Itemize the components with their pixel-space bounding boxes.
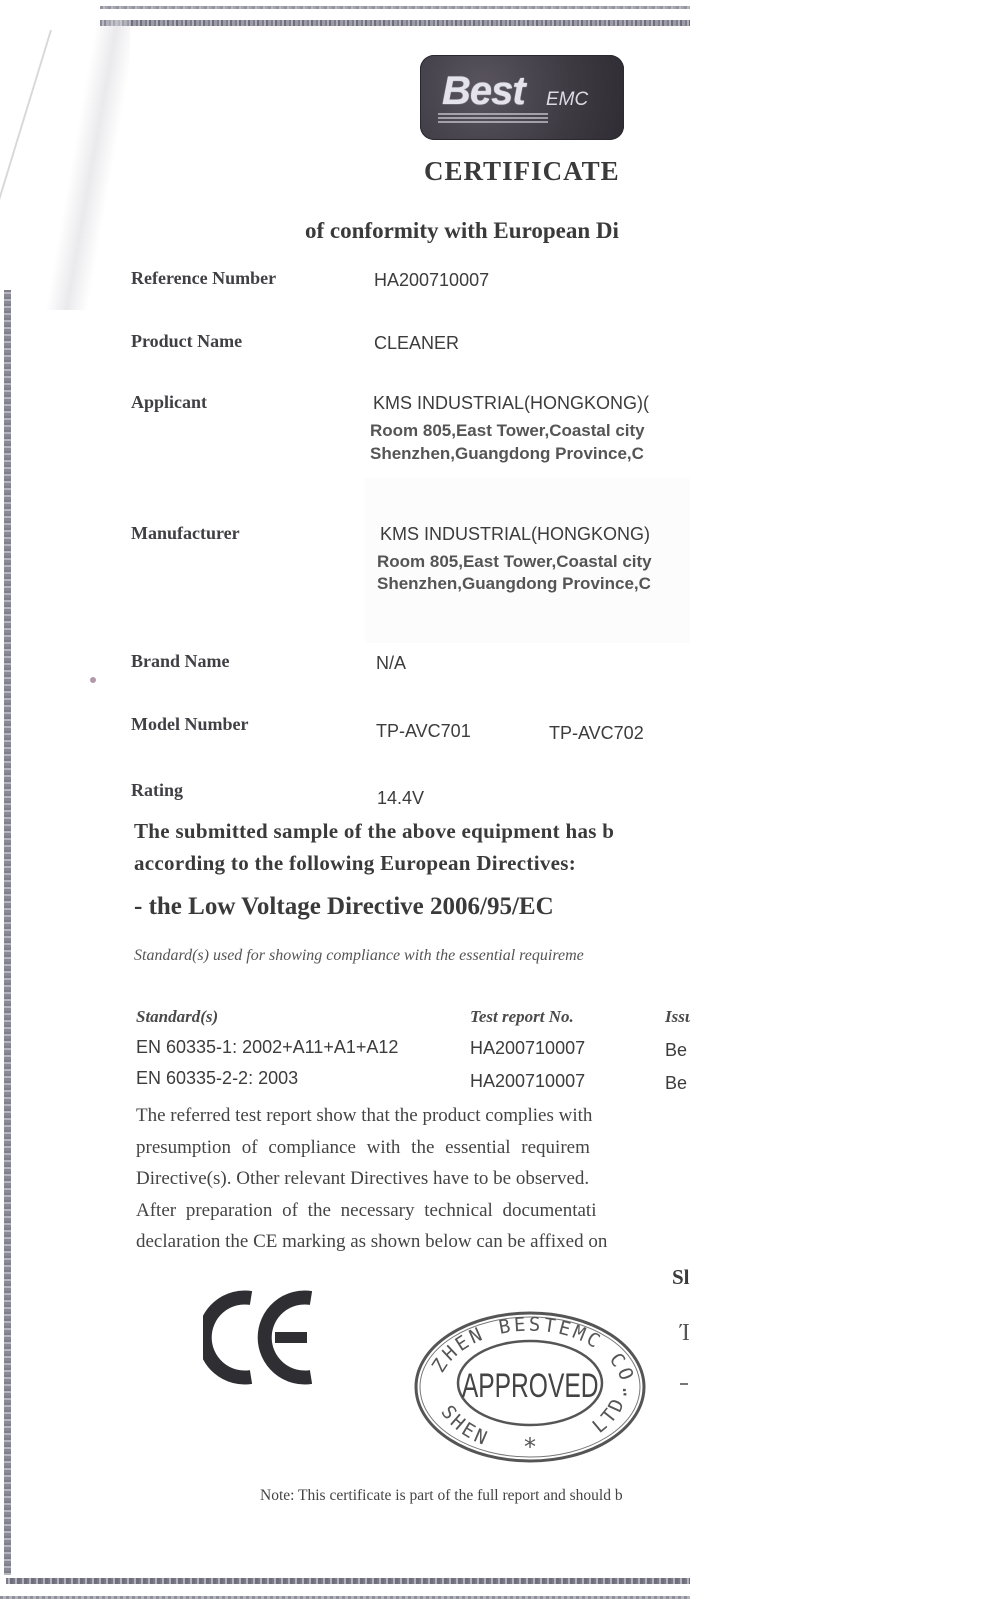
standard-row-1-standard: EN 60335-1: 2002+A11+A1+A12 [136, 1037, 398, 1058]
manufacturer-address-line1: Room 805,East Tower,Coastal city [377, 550, 652, 573]
submitted-statement-line1: The submitted sample of the above equipm… [134, 815, 614, 847]
scan-border-bottom-inner [6, 1578, 690, 1584]
model-number-value-2: TP-AVC702 [549, 723, 644, 744]
applicant-label: Applicant [131, 392, 207, 413]
submitted-statement: The submitted sample of the above equipm… [134, 815, 614, 879]
standard-row-2-standard: EN 60335-2-2: 2003 [136, 1068, 298, 1089]
reference-number-value: HA200710007 [374, 270, 489, 291]
product-name-value: CLEANER [374, 333, 459, 354]
scan-border-top-inner [100, 20, 690, 26]
brand-name-label: Brand Name [131, 651, 230, 672]
logo-speed-stripes [438, 113, 548, 123]
model-number-value-1: TP-AVC701 [376, 721, 471, 742]
manufacturer-label: Manufacturer [131, 523, 240, 544]
scan-border-bottom [0, 1596, 690, 1599]
standard-row-2-issuer: Be [665, 1073, 687, 1094]
signature-dash-fragment [680, 1383, 688, 1385]
certificate-note: Note: This certificate is part of the fu… [260, 1487, 623, 1505]
reference-number-label: Reference Number [131, 268, 276, 289]
paper-fold-line [0, 30, 52, 290]
manufacturer-address-line2: Shenzhen,Guangdong Province,C [377, 572, 651, 595]
submitted-statement-line2: according to the following European Dire… [134, 847, 614, 879]
compliance-line-3: Directive(s). Other relevant Directives … [136, 1163, 607, 1195]
standards-intro: Standard(s) used for showing compliance … [134, 947, 584, 965]
approved-stamp-icon: ZHEN BESTEMC CO. SHEN LTD. APPROVED * [408, 1305, 653, 1465]
scan-speck [90, 677, 96, 683]
logo-main-text: Best [442, 69, 525, 114]
scan-border-top [100, 6, 690, 9]
stamp-center-text: APPROVED [462, 1367, 599, 1405]
standards-column-header: Standard(s) [136, 1007, 218, 1027]
blank-margin [690, 0, 1007, 1615]
paper-fold-shadow [40, 20, 130, 310]
standard-row-2-report: HA200710007 [470, 1071, 585, 1092]
compliance-line-5: declaration the CE marking as shown belo… [136, 1226, 607, 1258]
compliance-line-1: The referred test report show that the p… [136, 1100, 607, 1132]
certificate-page: Best EMC CERTIFICATE of conformity with … [0, 0, 690, 1615]
certificate-title: CERTIFICATE [424, 156, 620, 187]
compliance-line-2: presumption of compliance with the essen… [136, 1132, 607, 1164]
applicant-address-line1: Room 805,East Tower,Coastal city [370, 419, 645, 442]
signature-mark-fragment: Ί [680, 1320, 690, 1347]
scan-border-left [4, 290, 11, 1575]
directive-heading: - the Low Voltage Directive 2006/95/EC [134, 893, 554, 921]
rating-value: 14.4V [377, 788, 424, 809]
issued-column-header: Issu [665, 1007, 690, 1027]
ce-mark-icon [203, 1290, 323, 1385]
test-report-column-header: Test report No. [470, 1007, 574, 1027]
applicant-name: KMS INDUSTRIAL(HONGKONG)( [373, 393, 649, 414]
standard-row-1-issuer: Be [665, 1040, 687, 1061]
compliance-line-4: After preparation of the necessary techn… [136, 1195, 607, 1227]
stamp-star: * [524, 1433, 536, 1461]
rating-label: Rating [131, 780, 183, 801]
manufacturer-name: KMS INDUSTRIAL(HONGKONG) [380, 524, 650, 545]
compliance-paragraph: The referred test report show that the p… [136, 1100, 607, 1258]
signature-heading-fragment: Sl [672, 1265, 690, 1290]
model-number-label: Model Number [131, 714, 248, 735]
standard-row-1-report: HA200710007 [470, 1038, 585, 1059]
bestemc-logo: Best EMC [420, 55, 624, 140]
certificate-subtitle: of conformity with European Di [305, 218, 619, 244]
logo-sub-text: EMC [546, 89, 588, 111]
product-name-label: Product Name [131, 331, 242, 352]
brand-name-value: N/A [376, 653, 406, 674]
applicant-address-line2: Shenzhen,Guangdong Province,C [370, 442, 644, 465]
